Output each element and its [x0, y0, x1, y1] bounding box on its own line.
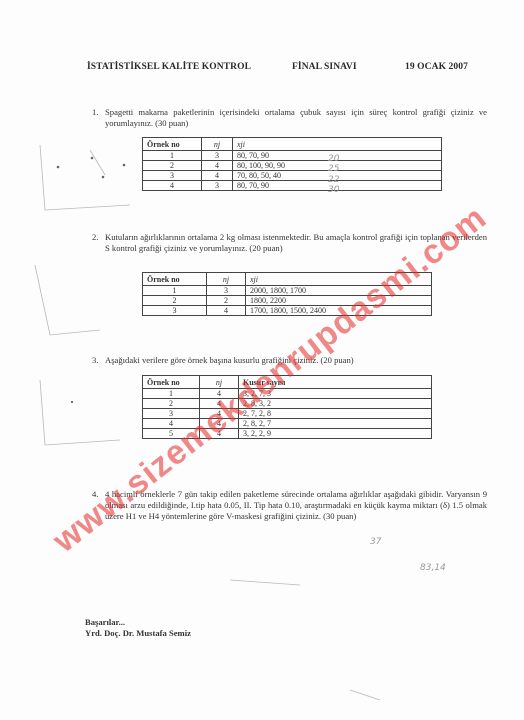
- table-q2: Örnek no nj xji 1 3 2000, 1800, 1700 2 2…: [142, 272, 432, 316]
- header-nj: nj: [202, 138, 233, 151]
- question-number: 4.: [92, 489, 98, 500]
- table-row: 3 4 1700, 1800, 1500, 2400: [143, 306, 432, 316]
- handwritten-note: 37: [370, 537, 381, 547]
- closing-text: Başarılar...: [85, 617, 191, 628]
- course-title: İSTATİSTİKSEL KALİTE KONTROL: [87, 62, 251, 72]
- table-q3: Örnek no nj Kusur sayısı 1 4 3, 2, 7, 3 …: [142, 375, 432, 439]
- question-text: Aşağıdaki verilere göre örnek başına kus…: [105, 355, 487, 366]
- handwritten-note: 83,14: [420, 563, 446, 573]
- exam-type: FİNAL SINAVI: [292, 62, 357, 72]
- exam-date: 19 OCAK 2007: [405, 62, 468, 72]
- header-nj: nj: [207, 273, 246, 286]
- table-row: 3 4 70, 80, 50, 40: [143, 171, 442, 181]
- header-sample-no: Örnek no: [143, 138, 202, 151]
- table-row: 2 4 2, 8, 3, 2: [143, 399, 432, 409]
- table-row: 1 3 2000, 1800, 1700: [143, 286, 432, 296]
- header-sample-no: Örnek no: [143, 376, 200, 389]
- header-xji: xji: [233, 138, 442, 151]
- header-xji: xji: [246, 273, 432, 286]
- question-number: 2.: [92, 232, 98, 243]
- question-text: 4 hacimli örneklerle 7 gün takip edilen …: [105, 489, 487, 522]
- exam-footer: Başarılar... Yrd. Doç. Dr. Mustafa Semiz: [85, 617, 191, 639]
- table-q1: Örnek no nj xji 1 3 80, 70, 90 2 4 80, 1…: [142, 137, 442, 191]
- header-sample-no: Örnek no: [143, 273, 207, 286]
- table-row: 5 4 3, 2, 2, 9: [143, 429, 432, 439]
- header-defect-count: Kusur sayısı: [239, 376, 432, 389]
- handwritten-note: 25: [328, 164, 339, 174]
- instructor-name: Yrd. Doç. Dr. Mustafa Semiz: [85, 628, 191, 639]
- table-row: 4 4 2, 8, 2, 7: [143, 419, 432, 429]
- handwritten-note: 30: [328, 185, 339, 195]
- question-text: Spagetti makarna paketlerinin içerisinde…: [105, 107, 487, 129]
- table-row: 1 3 80, 70, 90: [143, 151, 442, 161]
- table-row: 3 4 2, 7, 2, 8: [143, 409, 432, 419]
- table-row: 2 2 1800, 2200: [143, 296, 432, 306]
- handwritten-note: 22: [328, 175, 339, 185]
- table-row: 2 4 80, 100, 90, 90: [143, 161, 442, 171]
- header-nj: nj: [200, 376, 239, 389]
- question-number: 1.: [92, 107, 98, 118]
- table-row: 4 3 80, 70, 90: [143, 181, 442, 191]
- question-number: 3.: [92, 355, 98, 366]
- exam-page: İSTATİSTİKSEL KALİTE KONTROL FİNAL SINAV…: [0, 0, 524, 720]
- handwritten-note: 20: [328, 154, 339, 164]
- table-row: 1 4 3, 2, 7, 3: [143, 389, 432, 399]
- question-text: Kutuların ağırlıklarının ortalama 2 kg o…: [105, 232, 487, 254]
